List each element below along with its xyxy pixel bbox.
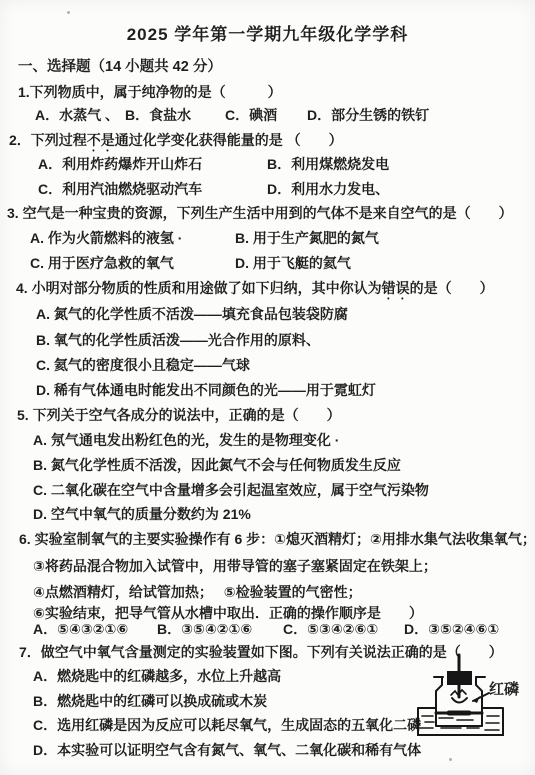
question-1-option-a: A．水蒸气 、 bbox=[35, 104, 119, 126]
question-4-stem-post: 的是（ ） bbox=[410, 280, 494, 296]
question-1-option-d: D．部分生锈的铁钉 bbox=[307, 104, 429, 126]
question-1-stem: 1.下列物质中，属于纯净物的是（ ） bbox=[18, 81, 282, 103]
question-1-option-b: B．食盐水 bbox=[125, 104, 191, 126]
question-6-option-d: D．③⑤②④⑥① bbox=[404, 618, 499, 640]
question-2-option-b: B．利用煤燃烧发电 bbox=[267, 153, 389, 175]
scan-speck bbox=[449, 758, 452, 761]
question-7-option-d: D．本实验可以证明空气含有氮气、氧气、二氧化碳和稀有气体 bbox=[33, 739, 421, 761]
question-5-option-c: C. 二氧化碳在空气中含量增多会引起温室效应，属于空气污染物 bbox=[33, 479, 429, 501]
question-4-option-b: B. 氧气的化学性质活泼——光合作用的原料、 bbox=[36, 329, 320, 351]
question-6-options: A．⑤④③②①⑥ B．③⑤④②①⑥ C．⑤③④②⑥① D．③⑤②④⑥① bbox=[0, 618, 535, 640]
burning-spoon bbox=[452, 698, 467, 703]
question-2-option-a: A．利用炸药爆炸开山炸石 bbox=[38, 153, 202, 175]
question-7-option-c: C．选用红磷是因为反应可以耗尽氧气，生成固态的五氧化二磷 bbox=[33, 714, 421, 736]
question-3-option-b: B. 用于生产氮肥的氮气 bbox=[235, 227, 379, 249]
question-3-option-c: C. 用于医疗急救的氧气 bbox=[30, 252, 174, 274]
question-5-option-b: B. 氮气化学性质不活泼，因此氮气不会与任何物质发生反应 bbox=[33, 454, 401, 476]
question-4-stem-pre: 4. 小明对部分物质的性质和用途做了如下归纳，其中你认为 bbox=[16, 280, 382, 296]
question-7-option-a: A．燃烧匙中的红磷越多，水位上升越高 bbox=[33, 665, 281, 687]
question-1-option-c: C．碘酒 bbox=[225, 104, 277, 126]
question-4-option-c: C. 氦气的密度很小且稳定——气球 bbox=[36, 354, 250, 376]
question-2-option-c: C．利用汽油燃烧驱动汽车 bbox=[38, 178, 202, 200]
question-3-options-row-1: A. 作为火箭燃料的液氢 · B. 用于生产氮肥的氮气 bbox=[0, 227, 535, 249]
question-2-stem-pre: 2．下列过程 bbox=[9, 132, 87, 148]
stopper bbox=[447, 671, 472, 685]
question-3-stem: 3. 空气是一种宝贵的资源，下列生产生活中用到的气体不是来自空气的是（ ） bbox=[7, 202, 513, 224]
red-phosphorus-label: 红磷 bbox=[489, 678, 519, 699]
question-5-option-a: A. 氖气通电发出粉红色的光，发生的是物理变化 · bbox=[33, 429, 339, 451]
section-heading: 一、选择题（14 小题共 42 分） bbox=[18, 56, 222, 78]
question-7-option-b: B．燃烧匙中的红磷可以换成硫或木炭 bbox=[33, 690, 267, 712]
question-3-options-row-2: C. 用于医疗急救的氧气 D. 用于飞艇的氦气 bbox=[0, 252, 535, 274]
question-4-stem-emphasis: 错误 bbox=[382, 280, 410, 296]
question-5-option-d: D. 空气中氧气的质量分数约为 21% bbox=[33, 503, 251, 525]
question-6-option-a: A．⑤④③②①⑥ bbox=[33, 618, 128, 640]
question-3-option-d: D. 用于飞艇的氦气 bbox=[235, 252, 351, 274]
question-3-option-a: A. 作为火箭燃料的液氢 · bbox=[30, 227, 182, 249]
question-2-stem-emphasis: 不是 bbox=[87, 132, 115, 148]
question-2-stem-post: 通过化学变化获得能量的是 （ ） bbox=[115, 132, 343, 148]
question-6-stem-line-2: ③将药品混合物加入试管中，用带导管的塞子塞紧固定在铁架上； bbox=[33, 555, 437, 577]
question-1-options: A．水蒸气 、 B．食盐水 C．碘酒 D．部分生锈的铁钉 bbox=[0, 104, 535, 126]
question-6-stem-line-3: ④点燃酒精灯，给试管加热； ⑤检验装置的气密性； bbox=[33, 581, 362, 603]
question-4-stem: 4. 小明对部分物质的性质和用途做了如下归纳，其中你认为错误的是（ ） bbox=[16, 277, 494, 299]
question-2-option-d: D．利用水力发电、 bbox=[267, 178, 389, 200]
question-2-stem: 2．下列过程不是通过化学变化获得能量的是 （ ） bbox=[9, 129, 343, 151]
question-6-option-b: B．③⑤④②①⑥ bbox=[157, 618, 252, 640]
question-6-option-c: C．⑤③④②⑥① bbox=[283, 618, 378, 640]
question-4-option-d: D. 稀有气体通电时能发出不同颜色的光——用于霓虹灯 bbox=[36, 379, 376, 401]
scan-speck bbox=[67, 11, 70, 14]
question-4-option-a: A. 氮气的化学性质不活泼——填充食品包装袋防腐 bbox=[36, 303, 348, 325]
exam-paper: 2025 学年第一学期九年级化学学科 一、选择题（14 小题共 42 分） 1.… bbox=[0, 0, 535, 775]
question-2-options-row-1: A．利用炸药爆炸开山炸石 B．利用煤燃烧发电 bbox=[0, 153, 535, 175]
question-2-options-row-2: C．利用汽油燃烧驱动汽车 D．利用水力发电、 bbox=[0, 178, 535, 200]
exam-title: 2025 学年第一学期九年级化学学科 bbox=[0, 20, 535, 45]
water-dashes bbox=[421, 716, 499, 730]
question-6-stem-line-1: 6. 实验室制氧气的主要实验操作有 6 步：①熄灭酒精灯；②用排水集气法收集氧气… bbox=[19, 528, 535, 550]
question-5-stem: 5. 下列关于空气各成分的说法中，正确的是（ ） bbox=[17, 404, 341, 426]
